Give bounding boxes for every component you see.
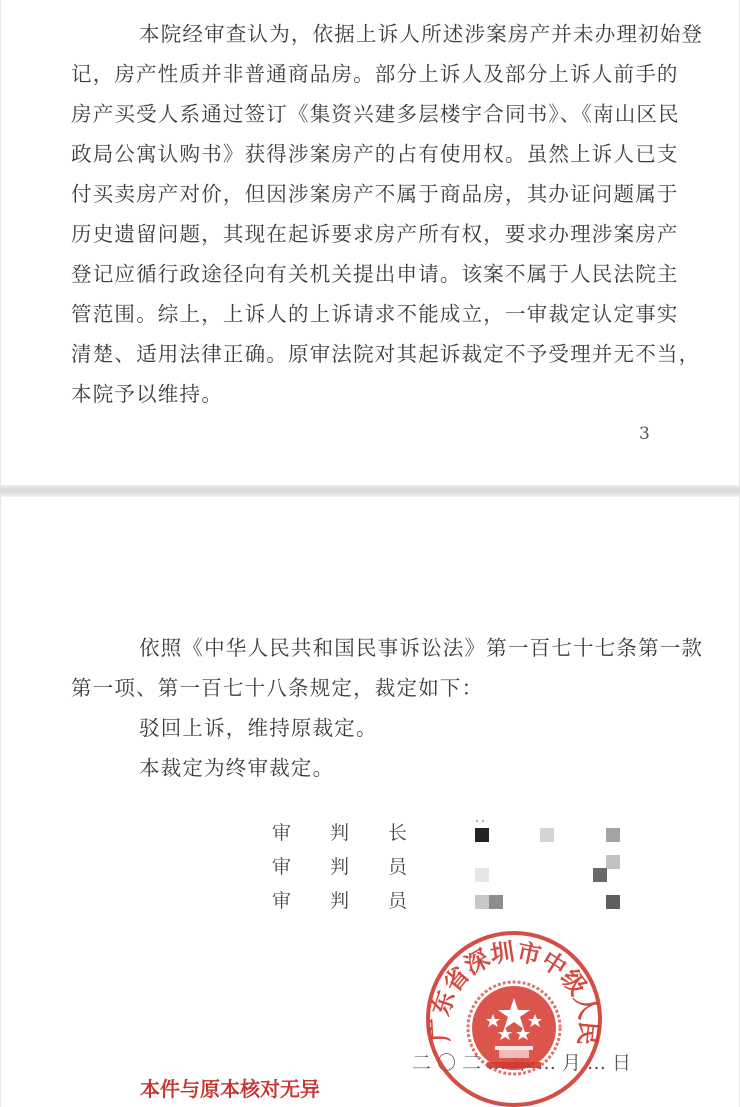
court-seal-icon: 广东省深圳市中级人民法院 <box>423 928 605 1107</box>
text-line: 第一项、第一百七十八条规定，裁定如下： <box>71 668 661 708</box>
text-line: 管范围。综上，上诉人的上诉请求不能成立，一审裁定认定事实 <box>71 294 661 334</box>
page-number: 3 <box>639 424 650 444</box>
text-line: 本院予以维持。 <box>71 374 661 414</box>
signature-judge-2: 审 判 员 <box>272 886 446 913</box>
signature-judge-1: 审 判 员 <box>272 852 446 879</box>
document-page-4: 依照《中华人民共和国民事诉讼法》第一百七十七条第一款 第一项、第一百七十八条规定… <box>0 497 740 1107</box>
text-line: 清楚、适用法律正确。原审法院对其起诉裁定不予受理并无不当， <box>71 334 661 374</box>
text-line: 历史遗留问题，其现在起诉要求房产所有权，要求办理涉案房产 <box>71 214 661 254</box>
ruling-basis: 依照《中华人民共和国民事诉讼法》第一百七十七条第一款 第一项、第一百七十八条规定… <box>71 628 661 788</box>
certification-stamp: 本件与原本核对无异 <box>140 1073 320 1102</box>
ruling-decision: 驳回上诉，维持原裁定。 <box>71 708 661 748</box>
text-line: 依照《中华人民共和国民事诉讼法》第一百七十七条第一款 <box>71 628 661 668</box>
signature-presiding-judge: 审 判 长 <box>272 818 446 845</box>
text-line: 登记应循行政途径向有关机关提出申请。该案不属于人民法院主 <box>71 254 661 294</box>
reasoning-paragraph: 本院经审查认为，依据上诉人所述涉案房产并未办理初始登 记，房产性质并非普通商品房… <box>71 14 661 414</box>
ruling-finality: 本裁定为终审裁定。 <box>71 748 661 788</box>
page-divider <box>0 485 740 497</box>
text-line: 本院经审查认为，依据上诉人所述涉案房产并未办理初始登 <box>71 14 661 54</box>
text-line: 房产买受人系通过签订《集资兴建多层楼宇合同书》、《南山区民 <box>71 94 661 134</box>
text-line: 付买卖房产对价，但因涉案房产不属于商品房，其办证问题属于 <box>71 174 661 214</box>
text-line: 记，房产性质并非普通商品房。部分上诉人及部分上诉人前手的 <box>71 54 661 94</box>
text-line: 政局公寓认购书》获得涉案房产的占有使用权。虽然上诉人已支 <box>71 134 661 174</box>
document-page-3: 本院经审查认为，依据上诉人所述涉案房产并未办理初始登 记，房产性质并非普通商品房… <box>0 0 740 485</box>
